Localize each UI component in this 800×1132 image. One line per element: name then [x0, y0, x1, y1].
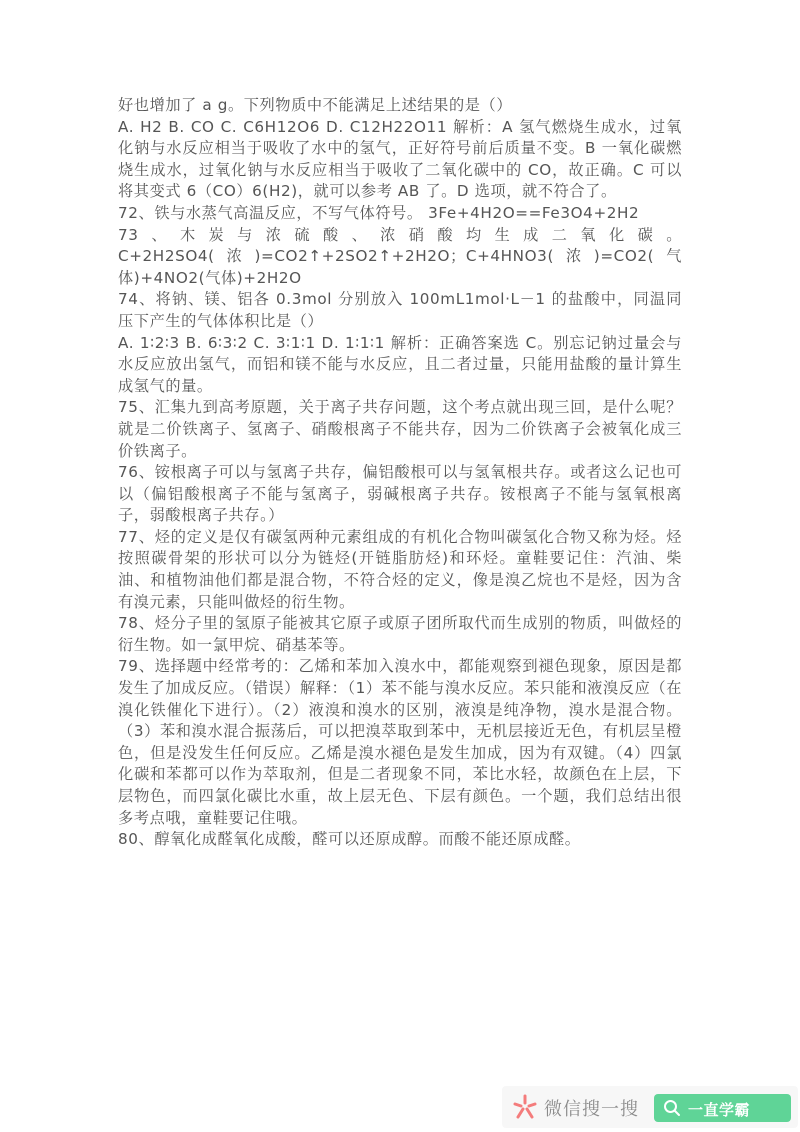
- paragraph-73: 73、木炭与浓硫酸、浓硝酸均生成二氧化碳。 C+2H2SO4(浓)=CO2↑+2…: [118, 225, 682, 290]
- wechat-search-star-icon: [512, 1094, 538, 1120]
- paragraph-answer-74: A. 1∶2∶3 B. 6∶3∶2 C. 3∶1∶1 D. 1∶1∶1 解析：正…: [118, 333, 682, 398]
- paragraph-74: 74、将钠、镁、铝各 0.3mol 分别放入 100mL1mol·L－1 的盐酸…: [118, 289, 682, 332]
- paragraph-76: 76、铵根离子可以与氢离子共存，偏铝酸根可以与氢氧根共存。或者这么记也可以（偏铝…: [118, 462, 682, 527]
- paragraph-77: 77、烃的定义是仅有碳氢两种元素组成的有机化合物叫碳氢化合物又称为烃。烃按照碳骨…: [118, 527, 682, 613]
- wechat-search-watermark: 微信搜一搜 一直学霸: [502, 1086, 798, 1128]
- paragraph-80: 80、醇氧化成醛氧化成酸，醛可以还原成醇。而酸不能还原成醛。: [118, 829, 682, 851]
- paragraph-78: 78、烃分子里的氢原子能被其它原子或原子团所取代而生成别的物质，叫做烃的衍生物。…: [118, 613, 682, 656]
- paragraph-intro: 好也增加了 a g。下列物质中不能满足上述结果的是（）: [118, 95, 682, 117]
- document-body: 好也增加了 a g。下列物质中不能满足上述结果的是（） A. H2 B. CO …: [118, 95, 682, 851]
- paragraph-72: 72、铁与水蒸气高温反应，不写气体符号。 3Fe+4H2O==Fe3O4+2H2: [118, 203, 682, 225]
- search-account-button[interactable]: 一直学霸: [654, 1094, 791, 1122]
- paragraph-75: 75、汇集九到高考原题，关于离子共存问题，这个考点就出现三回，是什么呢？就是二价…: [118, 397, 682, 462]
- search-account-text: 一直学霸: [688, 1099, 750, 1120]
- search-icon: [663, 1099, 681, 1117]
- paragraph-79: 79、选择题中经常考的：乙烯和苯加入溴水中，都能观察到褪色现象，原因是都发生了加…: [118, 656, 682, 829]
- wechat-search-label: 微信搜一搜: [544, 1095, 639, 1121]
- paragraph-answer-71: A. H2 B. CO C. C6H12O6 D. C12H22O11 解析：A…: [118, 117, 682, 203]
